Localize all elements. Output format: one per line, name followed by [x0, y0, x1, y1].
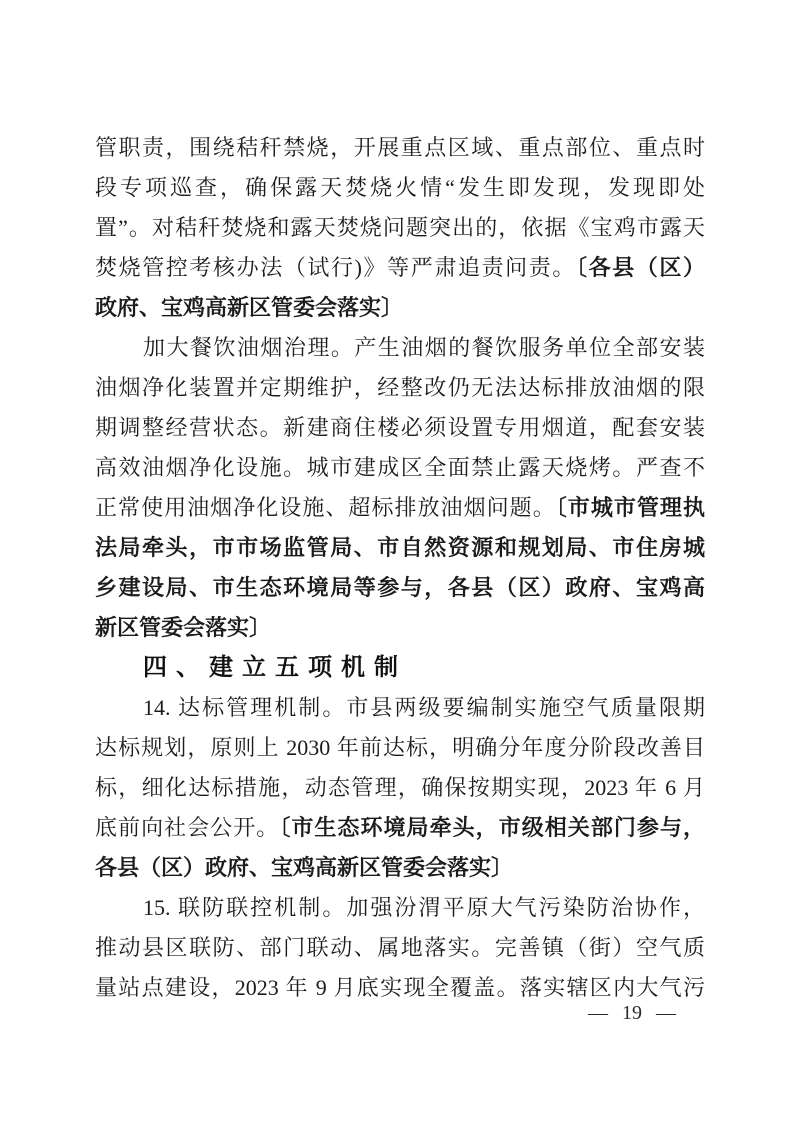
- text-line-7: 油烟净化装置并定期维护，经整改仍无法达标排放油烟的限: [95, 368, 705, 408]
- body-text: 底前向社会公开。: [95, 815, 279, 840]
- body-text: 加大餐饮油烟治理。产生油烟的餐饮服务单位全部安装: [143, 335, 705, 360]
- text-line-3: 置”。对秸秆焚烧和露天焚烧问题突出的，依据《宝鸡市露天: [95, 208, 705, 248]
- body-text: 量站点建设，2023 年 9 月底实现全覆盖。落实辖区内大气污: [95, 975, 705, 1000]
- text-line-5: 政府、宝鸡高新区管委会落实〕: [95, 288, 705, 328]
- text-line-19: 各县（区）政府、宝鸡高新区管委会落实〕: [95, 848, 705, 888]
- body-text: 高效油烟净化设施。城市建成区全面禁止露天烧烤。严查不: [95, 455, 705, 480]
- responsibility-note: 政府、宝鸡高新区管委会落实〕: [95, 295, 403, 320]
- text-line-2: 段专项巡查，确保露天焚烧火情“发生即发现，发现即处: [95, 168, 705, 208]
- document-page: 管职责，围绕秸秆禁烧，开展重点区域、重点部位、重点时段专项巡查，确保露天焚烧火情…: [0, 0, 800, 1131]
- document-body: 管职责，围绕秸秆禁烧，开展重点区域、重点部位、重点时段专项巡查，确保露天焚烧火情…: [95, 128, 705, 1008]
- responsibility-note: 〔市城市管理执: [556, 495, 705, 520]
- body-text: 油烟净化装置并定期维护，经整改仍无法达标排放油烟的限: [95, 375, 705, 400]
- body-text: 置”。对秸秆焚烧和露天焚烧问题突出的，依据《宝鸡市露天: [95, 215, 705, 240]
- text-line-18: 底前向社会公开。〔市生态环境局牵头，市级相关部门参与，: [95, 808, 705, 848]
- responsibility-note: 〔各县（区）: [576, 255, 705, 280]
- body-text: 达标规划，原则上 2030 年前达标，明确分年度分阶段改善目: [95, 735, 705, 760]
- responsibility-note: 法局牵头，市市场监管局、市自然资源和规划局、市住房城: [95, 535, 705, 560]
- body-text: 15. 联防联控机制。加强汾渭平原大气污染防治协作，: [143, 895, 705, 920]
- body-text: 14. 达标管理机制。市县两级要编制实施空气质量限期: [143, 695, 705, 720]
- text-line-8: 期调整经营状态。新建商住楼必须设置专用烟道，配套安装: [95, 408, 705, 448]
- body-text: 管职责，围绕秸秆禁烧，开展重点区域、重点部位、重点时: [95, 135, 705, 160]
- responsibility-note: 〔市生态环境局牵头，市级相关部门参与，: [279, 815, 705, 840]
- text-line-12: 乡建设局、市生态环境局等参与，各县（区）政府、宝鸡高: [95, 568, 705, 608]
- page-number: — 19 —: [588, 1002, 676, 1025]
- text-line-20: 15. 联防联控机制。加强汾渭平原大气污染防治协作，: [95, 888, 705, 928]
- body-text: 标，细化达标措施，动态管理，确保按期实现，2023 年 6 月: [95, 775, 705, 800]
- text-line-16: 达标规划，原则上 2030 年前达标，明确分年度分阶段改善目: [95, 728, 705, 768]
- text-line-6: 加大餐饮油烟治理。产生油烟的餐饮服务单位全部安装: [95, 328, 705, 368]
- text-line-17: 标，细化达标措施，动态管理，确保按期实现，2023 年 6 月: [95, 768, 705, 808]
- text-line-1: 管职责，围绕秸秆禁烧，开展重点区域、重点部位、重点时: [95, 128, 705, 168]
- text-line-13: 新区管委会落实〕: [95, 608, 705, 648]
- responsibility-note: 乡建设局、市生态环境局等参与，各县（区）政府、宝鸡高: [95, 575, 705, 600]
- body-text: 焚烧管控考核办法（试行)》等严肃追责问责。: [95, 255, 576, 280]
- text-line-21: 推动县区联防、部门联动、属地落实。完善镇（街）空气质: [95, 928, 705, 968]
- text-line-4: 焚烧管控考核办法（试行)》等严肃追责问责。〔各县（区）: [95, 248, 705, 288]
- body-text: 推动县区联防、部门联动、属地落实。完善镇（街）空气质: [95, 935, 705, 960]
- body-text: 四、建立五项机制: [143, 654, 407, 681]
- section-heading: 四、建立五项机制: [95, 648, 705, 688]
- body-text: 段专项巡查，确保露天焚烧火情“发生即发现，发现即处: [95, 175, 705, 200]
- text-line-11: 法局牵头，市市场监管局、市自然资源和规划局、市住房城: [95, 528, 705, 568]
- text-line-15: 14. 达标管理机制。市县两级要编制实施空气质量限期: [95, 688, 705, 728]
- text-line-9: 高效油烟净化设施。城市建成区全面禁止露天烧烤。严查不: [95, 448, 705, 488]
- responsibility-note: 新区管委会落实〕: [95, 615, 271, 640]
- text-line-10: 正常使用油烟净化设施、超标排放油烟问题。〔市城市管理执: [95, 488, 705, 528]
- body-text: 正常使用油烟净化设施、超标排放油烟问题。: [95, 495, 556, 520]
- responsibility-note: 各县（区）政府、宝鸡高新区管委会落实〕: [95, 855, 513, 880]
- body-text: 期调整经营状态。新建商住楼必须设置专用烟道，配套安装: [95, 415, 705, 440]
